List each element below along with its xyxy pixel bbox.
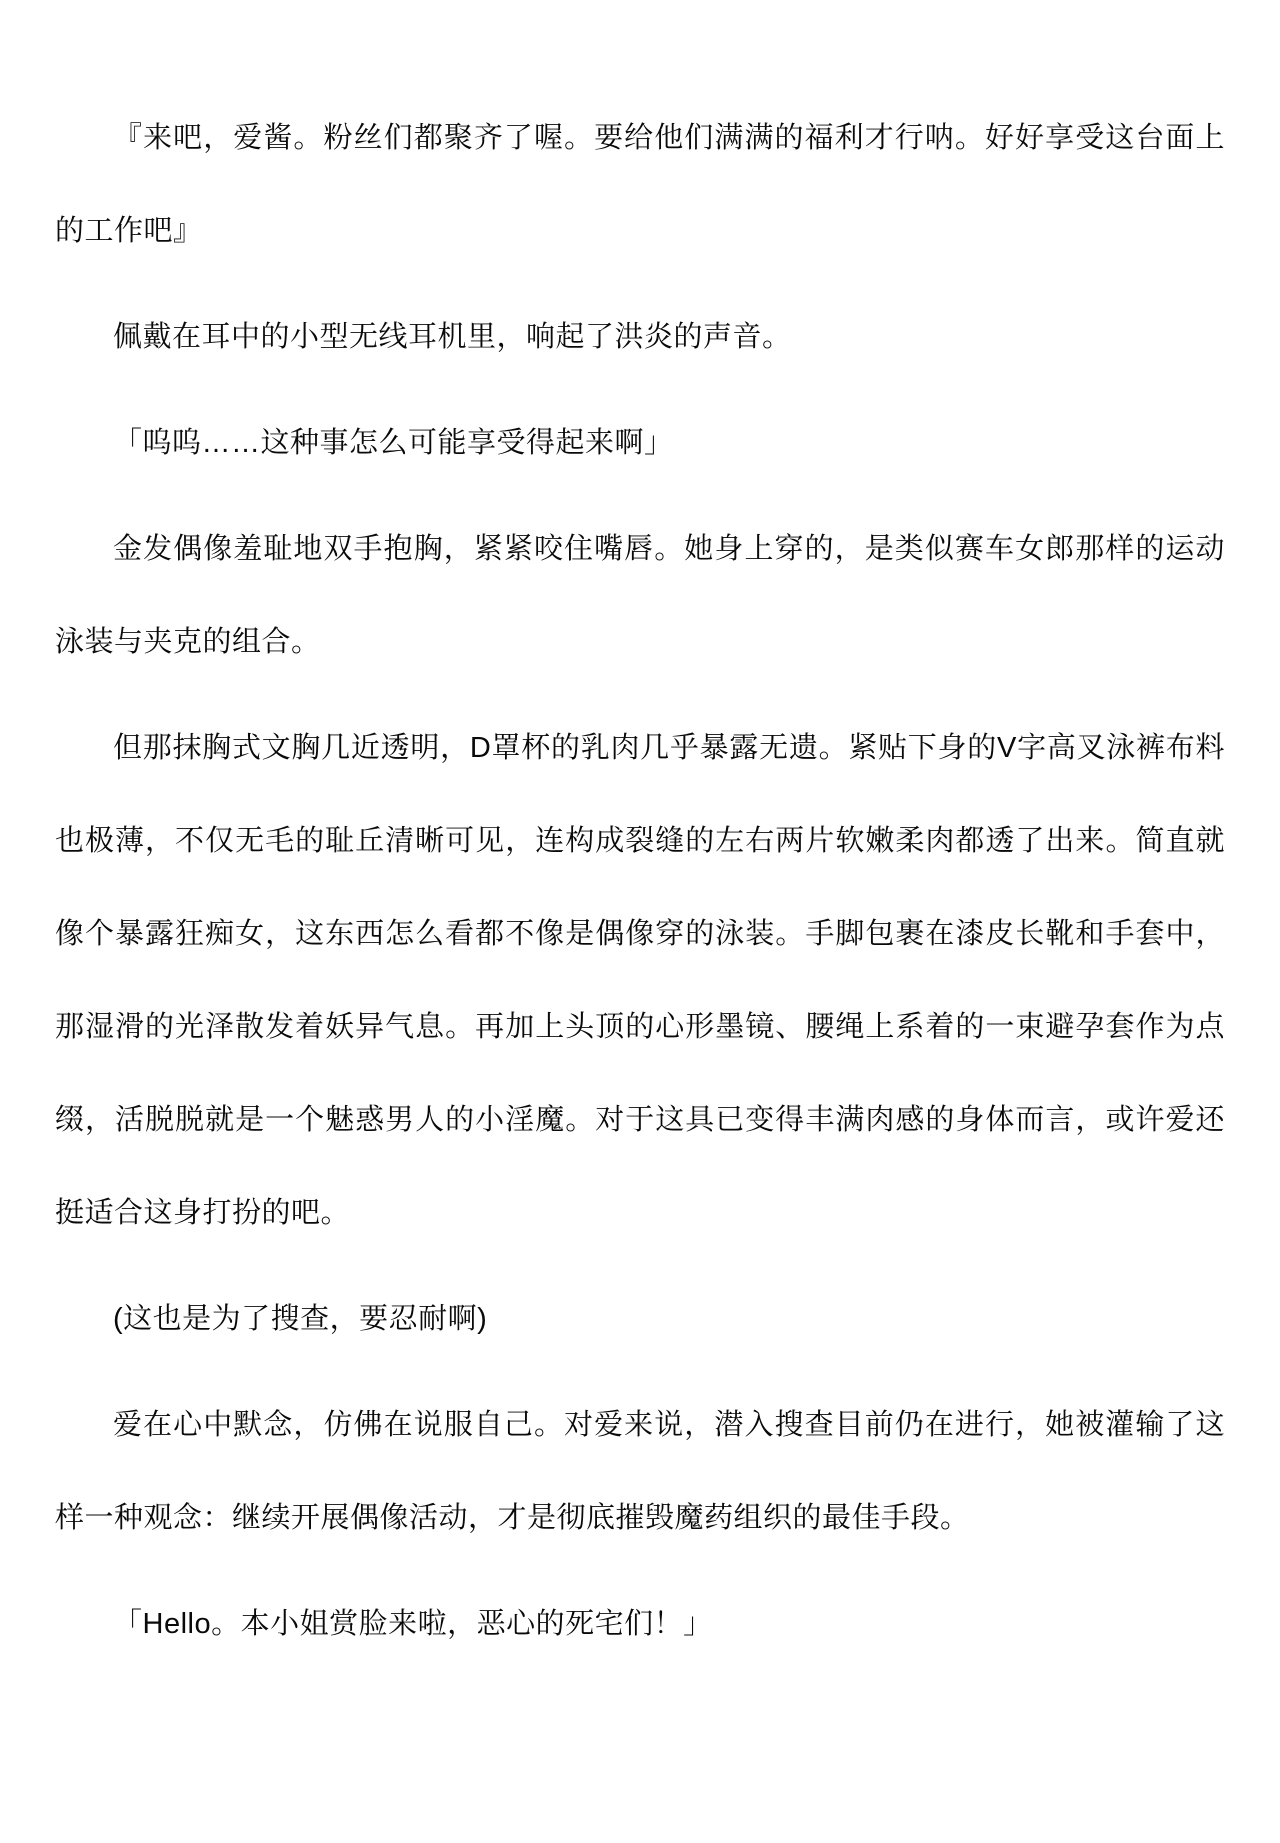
paragraph-narration-costume-description: 但那抹胸式文胸几近透明，D罩杯的乳肉几乎暴露无遗。紧贴下身的V字高叉泳裤布料也极… <box>55 702 1225 1260</box>
paragraph-narration-earphone: 佩戴在耳中的小型无线耳机里，响起了洪炎的声音。 <box>55 291 1225 384</box>
paragraph-narration-idol-outfit: 金发偶像羞耻地双手抱胸，紧紧咬住嘴唇。她身上穿的，是类似赛车女郎那样的运动泳装与… <box>55 503 1225 689</box>
paragraph-narration-resolve: 爱在心中默念，仿佛在说服自己。对爱来说，潜入搜查目前仍在进行，她被灌输了这样一种… <box>55 1379 1225 1565</box>
paragraph-inner-thought: (这也是为了搜查，要忍耐啊) <box>55 1273 1225 1366</box>
paragraph-dialogue-earpiece: 『来吧，爱酱。粉丝们都聚齐了喔。要给他们满满的福利才行呐。好好享受这台面上的工作… <box>55 92 1225 278</box>
paragraph-dialogue-whimper: 「呜呜……这种事怎么可能享受得起来啊」 <box>55 397 1225 490</box>
reader-page: 『来吧，爱酱。粉丝们都聚齐了喔。要给他们满满的福利才行呐。好好享受这台面上的工作… <box>0 0 1280 1843</box>
paragraph-dialogue-hello: 「Hello。本小姐赏脸来啦，恶心的死宅们！」 <box>55 1578 1225 1671</box>
